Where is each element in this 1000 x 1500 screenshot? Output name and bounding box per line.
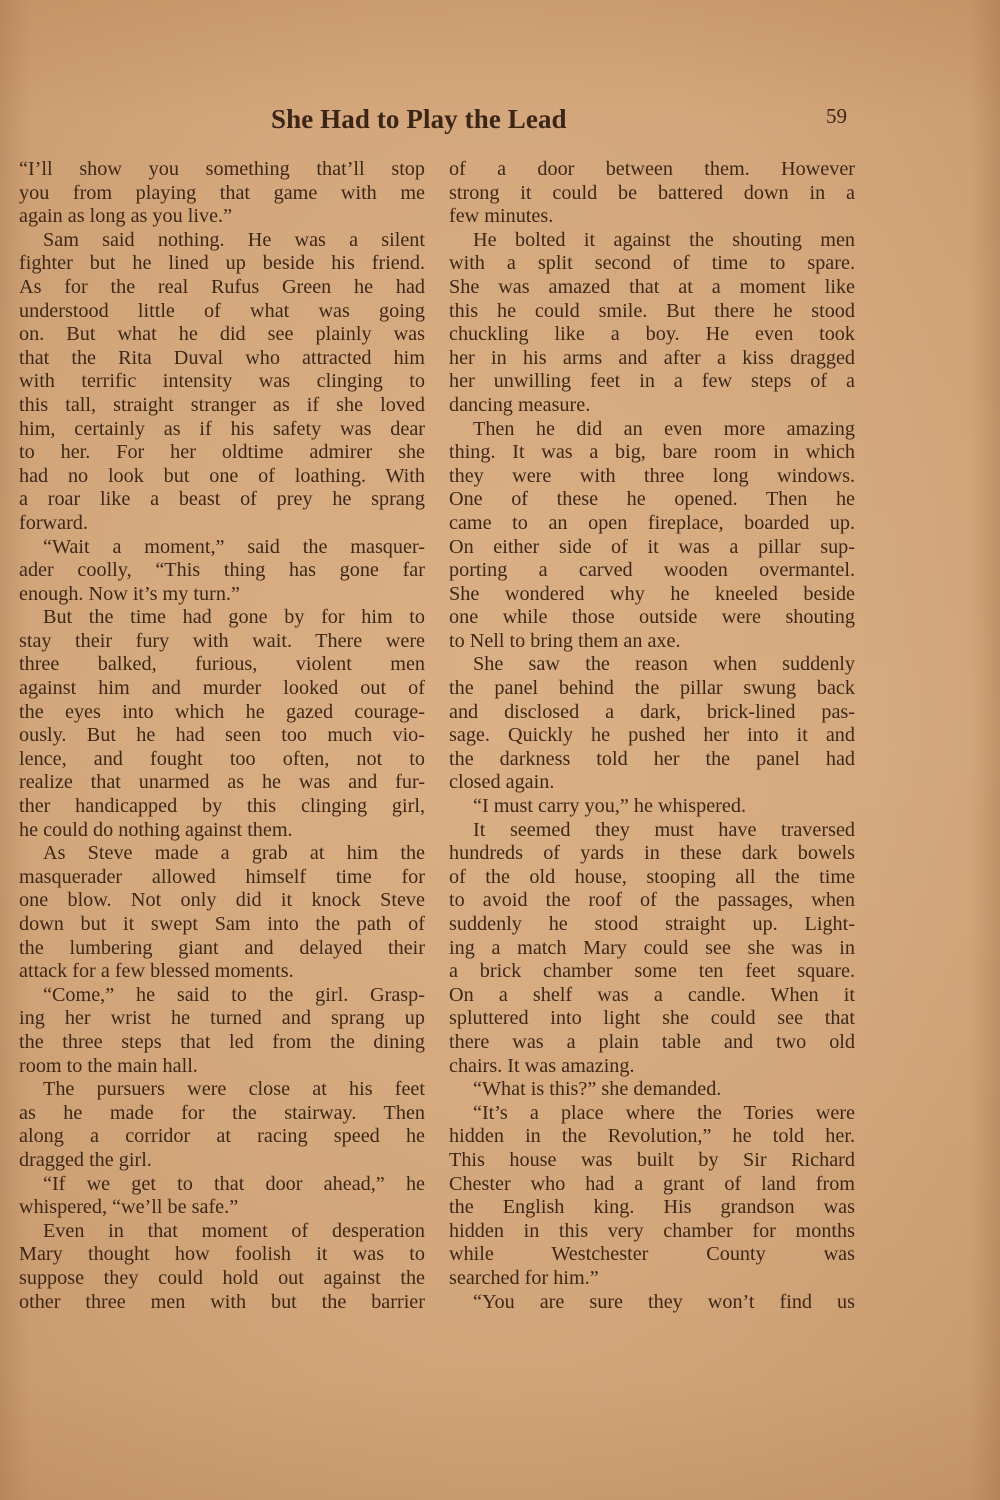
text-line: suddenly he stood straight up. Light- [449,913,855,937]
text-line: a brick chamber some ten feet square. [449,960,855,984]
text-line: porting a carved wooden overmantel. [449,559,855,583]
text-line: Chester who had a grant of land from [449,1173,855,1197]
text-line: with a split second of time to spare. [449,252,855,276]
text-line: forward. [19,512,425,536]
text-line: one blow. Not only did it knock Steve [19,889,425,913]
text-line: as he made for the stairway. Then [19,1102,425,1126]
text-line: on. But what he did see plainly was [19,323,425,347]
text-line: suppose they could hold out against the [19,1267,425,1291]
text-line: stay their fury with wait. There were [19,630,425,654]
text-line: this he could smile. But there he stood [449,300,855,324]
text-line: chuckling like a boy. He even took [449,323,855,347]
text-line: On a shelf was a candle. When it [449,984,855,1008]
chapter-title: She Had to Play the Lead [271,104,567,135]
text-line: against him and murder looked out of [19,677,425,701]
text-line: her in his arms and after a kiss dragged [449,347,855,371]
text-line: understood little of what was going [19,300,425,324]
text-line: dragged the girl. [19,1149,425,1173]
text-line: She wondered why he kneeled beside [449,583,855,607]
text-line: But the time had gone by for him to [19,606,425,630]
text-line: As for the real Rufus Green he had [19,276,425,300]
text-line: ing her wrist he turned and sprang up [19,1007,425,1031]
text-line: chairs. It was amazing. [449,1055,855,1079]
text-line: “You are sure they won’t find us [449,1291,855,1315]
text-line: lence, and fought too often, not to [19,748,425,772]
text-line: searched for him.” [449,1267,855,1291]
text-line: other three men with but the barrier [19,1291,425,1315]
text-line: Even in that moment of desperation [19,1220,425,1244]
text-line: the eyes into which he gazed courage- [19,701,425,725]
text-line: and disclosed a dark, brick-lined pas- [449,701,855,725]
text-line: of the old house, stooping all the time [449,866,855,890]
text-line: fighter but he lined up beside his frien… [19,252,425,276]
text-line: him, certainly as if his safety was dear [19,418,425,442]
text-line: masquerader allowed himself time for [19,866,425,890]
text-line: few minutes. [449,205,855,229]
text-line: he could do nothing against them. [19,819,425,843]
text-line: closed again. [449,771,855,795]
text-line: while Westchester County was [449,1243,855,1267]
text-line: hundreds of yards in these dark bowels [449,842,855,866]
text-line: they were with three long windows. [449,465,855,489]
text-line: Mary thought how foolish it was to [19,1243,425,1267]
text-line: again as long as you live.” [19,205,425,229]
left-column: “I’ll show you something that’ll stop yo… [19,158,425,1314]
text-line: of a door between them. However [449,158,855,182]
text-line: three balked, furious, violent men [19,653,425,677]
page-number: 59 [826,104,847,129]
text-line: the darkness told her the panel had [449,748,855,772]
text-line: It seemed they must have traversed [449,819,855,843]
text-line: room to the main hall. [19,1055,425,1079]
text-line: She saw the reason when suddenly [449,653,855,677]
text-line: a roar like a beast of prey he sprang [19,488,425,512]
text-line: One of these he opened. Then he [449,488,855,512]
text-line: ther handicapped by this clinging girl, [19,795,425,819]
text-line: enough. Now it’s my turn.” [19,583,425,607]
text-line: to avoid the roof of the passages, when [449,889,855,913]
text-line: realize that unarmed as he was and fur- [19,771,425,795]
text-line: down but it swept Sam into the path of [19,913,425,937]
text-line: to her. For her oldtime admirer she [19,441,425,465]
text-line: dancing measure. [449,394,855,418]
text-line: the three steps that led from the dining [19,1031,425,1055]
text-line: one while those outside were shouting [449,606,855,630]
text-line: ader coolly, “This thing has gone far [19,559,425,583]
text-line: thing. It was a big, bare room in which [449,441,855,465]
text-line: to Nell to bring them an axe. [449,630,855,654]
text-line: “What is this?” she demanded. [449,1078,855,1102]
text-line: hidden in this very chamber for months [449,1220,855,1244]
text-line: As Steve made a grab at him the [19,842,425,866]
text-line: with terrific intensity was clinging to [19,370,425,394]
text-line: along a corridor at racing speed he [19,1125,425,1149]
text-line: “If we get to that door ahead,” he [19,1173,425,1197]
text-line: came to an open fireplace, boarded up. [449,512,855,536]
text-line: hidden in the Revolution,” he told her. [449,1125,855,1149]
text-line: spluttered into light she could see that [449,1007,855,1031]
text-line: “It’s a place where the Tories were [449,1102,855,1126]
text-line: ing a match Mary could see she was in [449,937,855,961]
text-line: the panel behind the pillar swung back [449,677,855,701]
running-head: She Had to Play the Lead 59 [0,104,1000,144]
text-line: strong it could be battered down in a [449,182,855,206]
text-line: sage. Quickly he pushed her into it and [449,724,855,748]
text-line: “Come,” he said to the girl. Grasp- [19,984,425,1008]
text-line: that the Rita Duval who attracted him [19,347,425,371]
text-line: The pursuers were close at his feet [19,1078,425,1102]
text-line: the lumbering giant and delayed their [19,937,425,961]
text-line: “Wait a moment,” said the masquer- [19,536,425,560]
text-line: On either side of it was a pillar sup- [449,536,855,560]
text-line: Sam said nothing. He was a silent [19,229,425,253]
book-page: She Had to Play the Lead 59 “I’ll show y… [0,0,1000,1500]
text-line: attack for a few blessed moments. [19,960,425,984]
text-line: Then he did an even more amazing [449,418,855,442]
text-line: there was a plain table and two old [449,1031,855,1055]
text-line: He bolted it against the shouting men [449,229,855,253]
text-line: you from playing that game with me [19,182,425,206]
text-line: the English king. His grandson was [449,1196,855,1220]
text-line: had no look but one of loathing. With [19,465,425,489]
text-line: whispered, “we’ll be safe.” [19,1196,425,1220]
text-line: ously. But he had seen too much vio- [19,724,425,748]
text-line: “I must carry you,” he whispered. [449,795,855,819]
text-line: this tall, straight stranger as if she l… [19,394,425,418]
text-line: She was amazed that at a moment like [449,276,855,300]
right-column: of a door between them. However strong i… [449,158,855,1314]
text-line: This house was built by Sir Richard [449,1149,855,1173]
text-line: her unwilling feet in a few steps of a [449,370,855,394]
text-line: “I’ll show you something that’ll stop [19,158,425,182]
